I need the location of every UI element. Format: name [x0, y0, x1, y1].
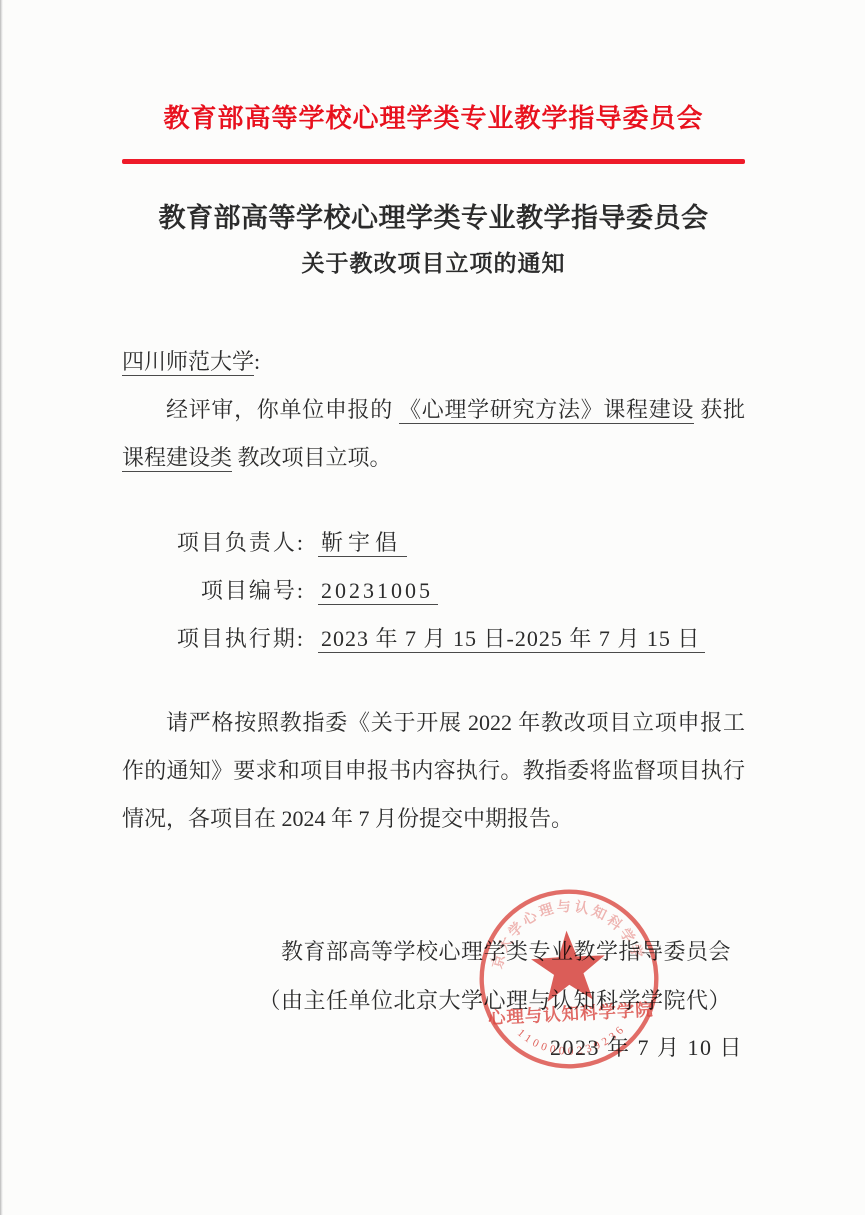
- document-content: 教育部高等学校心理学类专业教学指导委员会 教育部高等学校心理学类专业教学指导委员…: [0, 0, 865, 1215]
- document-title-line1: 教育部高等学校心理学类专业教学指导委员会: [122, 196, 745, 235]
- para1-project-category: 课程建设类: [122, 445, 232, 472]
- recipient-colon: :: [254, 349, 260, 374]
- letterhead-title: 教育部高等学校心理学类专业教学指导委员会: [122, 98, 745, 135]
- signature-block: 教育部高等学校心理学类专业教学指导委员会 （由主任单位北京大学心理与认知科学学院…: [122, 927, 745, 1072]
- detail-row-number: 项目编号:20231005: [167, 567, 745, 615]
- document-title-line2: 关于教改项目立项的通知: [122, 245, 745, 278]
- leader-label: 项目负责人:: [167, 519, 305, 567]
- project-period-label: 项目执行期:: [167, 615, 305, 663]
- para1-segment-1: 经评审，你单位申报的: [166, 397, 399, 422]
- letterhead-rule: [122, 159, 745, 164]
- document-body: 四川师范大学: 经评审，你单位申报的 《心理学研究方法》课程建设 获批 课程建设…: [122, 338, 745, 482]
- signature-agent-note: （由主任单位北京大学心理与认知科学学院代）: [122, 976, 731, 1025]
- leader-value: 靳宇倡: [318, 530, 407, 557]
- scanned-notice-page: 教育部高等学校心理学类专业教学指导委员会 教育部高等学校心理学类专业教学指导委员…: [0, 0, 865, 1215]
- recipient-name: 四川师范大学: [122, 349, 254, 376]
- project-details: 项目负责人:靳宇倡 项目编号:20231005 项目执行期:2023 年 7 月…: [167, 519, 745, 663]
- detail-row-leader: 项目负责人:靳宇倡: [167, 519, 745, 567]
- para1-segment-3: 获批: [694, 397, 745, 422]
- detail-row-period: 项目执行期:2023 年 7 月 15 日-2025 年 7 月 15 日: [167, 615, 745, 663]
- project-period-value: 2023 年 7 月 15 日-2025 年 7 月 15 日: [318, 626, 705, 653]
- project-number-value: 20231005: [318, 578, 438, 605]
- requirements-paragraph: 请严格按照教指委《关于开展 2022 年教改项目立项申报工作的通知》要求和项目申…: [122, 699, 745, 843]
- project-number-label: 项目编号:: [167, 567, 305, 615]
- approval-paragraph: 经评审，你单位申报的 《心理学研究方法》课程建设 获批 课程建设类 教改项目立项…: [122, 386, 745, 482]
- signature-org: 教育部高等学校心理学类专业教学指导委员会: [122, 927, 731, 976]
- signature-date: 2023 年 7 月 10 日: [122, 1023, 743, 1072]
- para1-segment-5: 教改项目立项。: [232, 445, 392, 470]
- para1-project-title: 《心理学研究方法》课程建设: [399, 397, 694, 424]
- recipient-line: 四川师范大学:: [122, 338, 745, 386]
